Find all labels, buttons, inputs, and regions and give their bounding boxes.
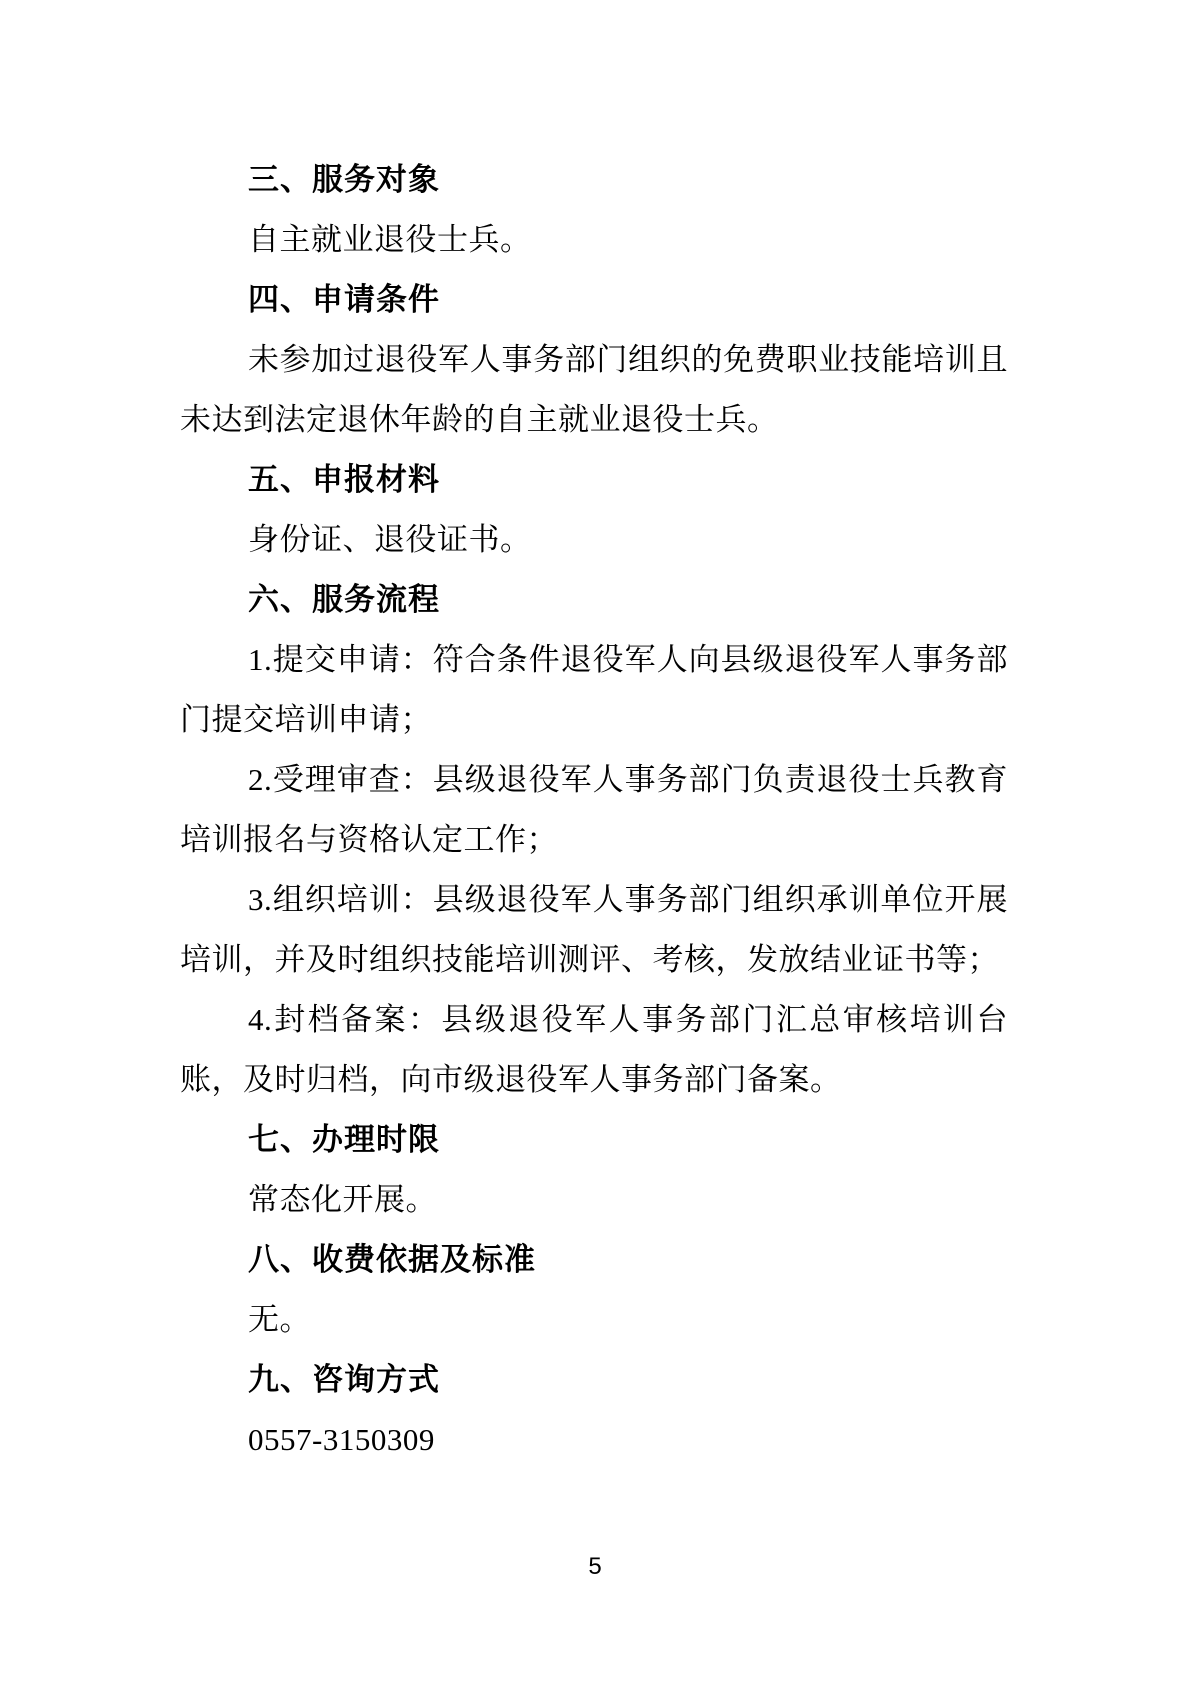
- page-number: 5: [0, 1552, 1190, 1582]
- section-heading-application-conditions: 四、申请条件: [180, 270, 1008, 330]
- paragraph-application-conditions: 未参加过退役军人事务部门组织的免费职业技能培训且未达到法定退休年龄的自主就业退役…: [180, 330, 1008, 450]
- document-page: 三、服务对象 自主就业退役士兵。 四、申请条件 未参加过退役军人事务部门组织的免…: [0, 0, 1190, 1683]
- paragraph-process-step-4: 4.封档备案：县级退役军人事务部门汇总审核培训台账，及时归档，向市级退役军人事务…: [180, 990, 1008, 1110]
- paragraph-application-materials: 身份证、退役证书。: [180, 510, 1008, 570]
- section-heading-service-target: 三、服务对象: [180, 150, 1008, 210]
- paragraph-consultation-phone: 0557-3150309: [180, 1410, 1008, 1470]
- paragraph-processing-time-limit: 常态化开展。: [180, 1170, 1008, 1230]
- section-heading-application-materials: 五、申报材料: [180, 450, 1008, 510]
- section-heading-service-process: 六、服务流程: [180, 570, 1008, 630]
- paragraph-fee-basis-standard: 无。: [180, 1290, 1008, 1350]
- section-heading-processing-time-limit: 七、办理时限: [180, 1110, 1008, 1170]
- paragraph-process-step-1: 1.提交申请：符合条件退役军人向县级退役军人事务部门提交培训申请；: [180, 630, 1008, 750]
- section-heading-consultation-method: 九、咨询方式: [180, 1350, 1008, 1410]
- paragraph-process-step-2: 2.受理审查：县级退役军人事务部门负责退役士兵教育培训报名与资格认定工作；: [180, 750, 1008, 870]
- section-heading-fee-basis-standard: 八、收费依据及标准: [180, 1230, 1008, 1290]
- paragraph-service-target: 自主就业退役士兵。: [180, 210, 1008, 270]
- paragraph-process-step-3: 3.组织培训：县级退役军人事务部门组织承训单位开展培训，并及时组织技能培训测评、…: [180, 870, 1008, 990]
- document-content: 三、服务对象 自主就业退役士兵。 四、申请条件 未参加过退役军人事务部门组织的免…: [180, 150, 1008, 1470]
